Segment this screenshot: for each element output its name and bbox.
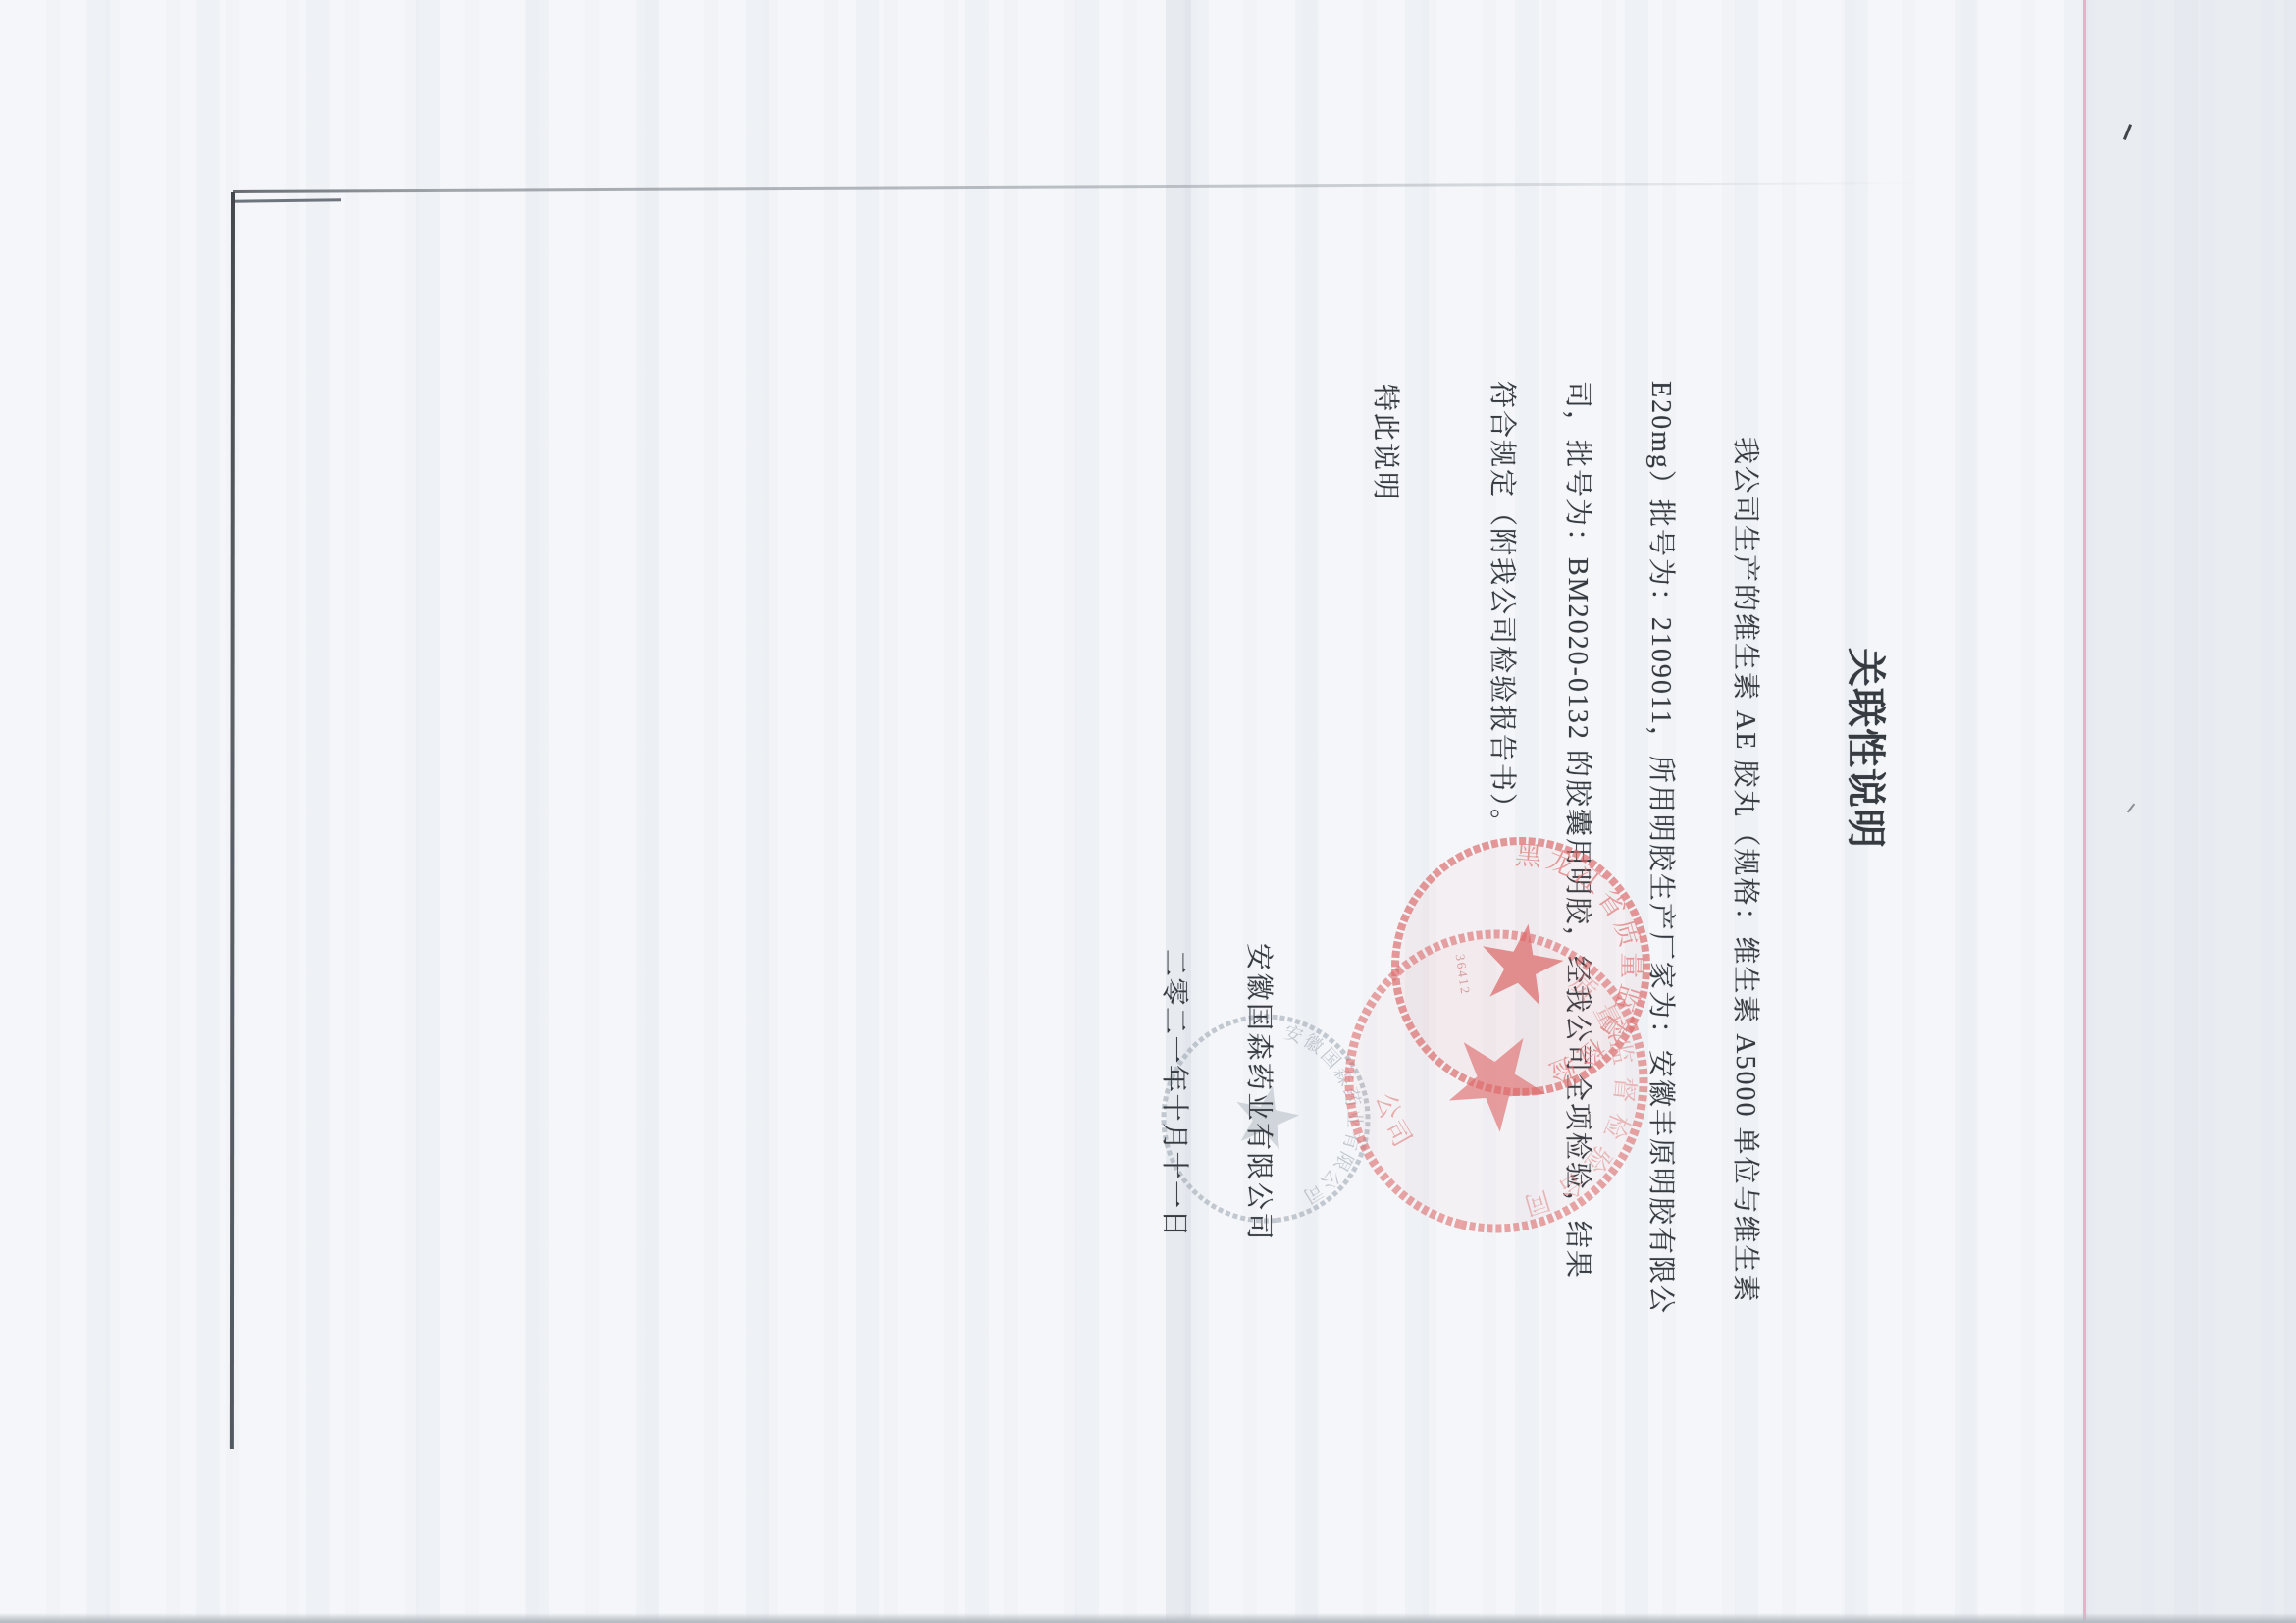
scan-bottom-shadow [0, 1613, 2296, 1623]
scanner-pink-line [2083, 0, 2086, 1623]
scanned-document-page: 安徽国森药业有限公司 关联性说明 我公司生产的维生素 AE 胶丸（规格：维生素 … [0, 0, 2296, 1623]
document-content: 安徽国森药业有限公司 关联性说明 我公司生产的维生素 AE 胶丸（规格：维生素 … [0, 0, 2295, 1623]
red-seal-layer: 黑龙江省质量监督检验 36412 质量监督检验合同 公司 [0, 0, 2295, 1623]
